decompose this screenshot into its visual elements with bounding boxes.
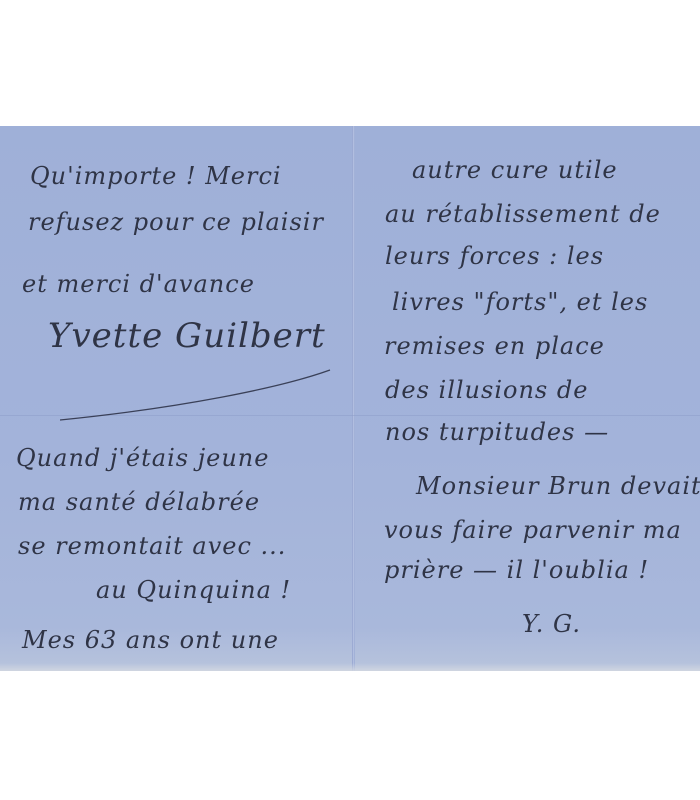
left-line-6: se remontait avec ... bbox=[18, 532, 286, 560]
right-line-9: vous faire parvenir ma bbox=[384, 516, 682, 544]
right-line-1: autre cure utile bbox=[412, 156, 618, 184]
right-line-8: Monsieur Brun devait bbox=[416, 472, 700, 500]
left-line-3-text: et merci d'avance bbox=[22, 270, 255, 298]
letter-paper: Qu'importe ! Merci refusez pour ce plais… bbox=[0, 126, 700, 671]
left-line-1: Qu'importe ! Merci bbox=[30, 162, 282, 190]
right-line-3: leurs forces : les bbox=[385, 242, 604, 270]
signature-flourish bbox=[60, 358, 340, 428]
paper-bottom-edge bbox=[0, 663, 700, 671]
right-line-6: des illusions de bbox=[385, 376, 588, 404]
initials: Y. G. bbox=[522, 610, 581, 638]
left-line-5: ma santé délabrée bbox=[18, 488, 260, 516]
left-line-4: Quand j'étais jeune bbox=[16, 444, 269, 472]
left-line-8: Mes 63 ans ont une bbox=[22, 626, 279, 654]
left-line-2: refusez pour ce plaisir bbox=[28, 208, 324, 236]
center-fold bbox=[352, 126, 355, 671]
right-line-10: prière — il l'oublia ! bbox=[384, 556, 649, 584]
left-line-3: et merci d'avance bbox=[22, 270, 255, 298]
right-line-4: livres "forts", et les bbox=[392, 288, 648, 316]
right-line-2: au rétablissement de bbox=[385, 200, 661, 228]
left-line-7: au Quinquina ! bbox=[96, 576, 291, 604]
right-line-7: nos turpitudes — bbox=[385, 418, 609, 446]
right-line-5: remises en place bbox=[384, 332, 605, 360]
signature: Yvette Guilbert bbox=[48, 316, 326, 356]
